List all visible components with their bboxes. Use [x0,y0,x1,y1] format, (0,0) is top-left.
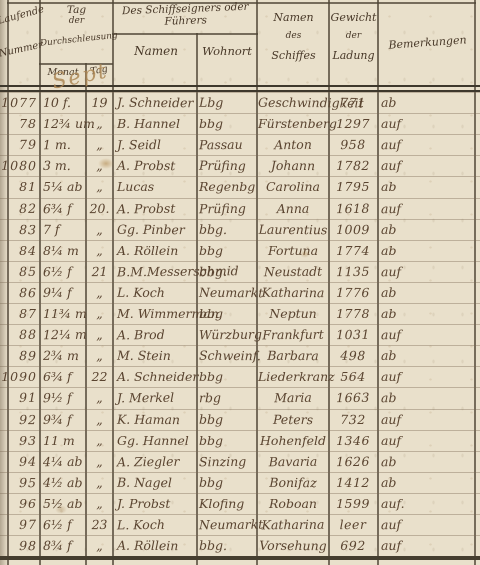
cell-gewicht: 498 [330,346,376,366]
cell-wohnort: Prüfing [199,198,255,219]
table-row: 88 12¼ m „ A. Brod Würzburg Frankfurt 10… [0,324,480,346]
cell-wohnort: Lbg [199,93,255,113]
cell-uhrzeit: 6¾ f [43,198,87,218]
header-text: Durchschleusung [40,31,114,49]
cell-schiffer-name: M. Wimmerman [117,304,195,324]
cell-uhrzeit: 7 f [43,219,87,239]
header-text: der [330,27,377,46]
cell-richtung: auf. [381,494,426,514]
cell-uhrzeit: 9½ f [43,388,87,408]
cell-laufende-nummer: 84 [0,241,37,261]
cell-schiffsname: Katharina [258,283,328,303]
column-header-wohnort: Wohnort [198,44,256,58]
cell-schiffer-name: A. Probst [117,156,195,177]
cell-wohnort: Schweinf. [199,346,255,366]
cell-schiffer-name: J. Probst [117,494,195,514]
cell-tag: 19 [87,93,112,113]
table-row: 1090 6¾ f 22 A. Schneider bbg Liederkran… [0,366,480,388]
cell-wohnort: bbg [199,241,255,261]
cell-uhrzeit: 8¼ m [43,241,87,261]
cell-schiffsname: Anna [258,198,328,219]
cell-schiffer-name: A. Röllein [117,241,195,261]
cell-schiffsname: Bonifaz [258,473,328,493]
cell-laufende-nummer: 88 [0,325,37,345]
cell-richtung: auf [381,156,426,176]
cell-wohnort: Passau [199,135,255,156]
cell-wohnort: bbg. [199,536,255,556]
table-row: 1080 3 m. „ A. Probst Prüfing Johann 178… [0,155,480,177]
table-row: 98 8¾ f „ A. Röllein bbg. Vorsehung 692 … [0,535,480,557]
cell-gewicht: 564 [330,367,376,387]
cell-laufende-nummer: 95 [0,473,37,493]
cell-schiffsname: Carolina [258,177,328,197]
cell-wohnort: bbg [199,114,255,134]
cell-schiffer-name: J. Schneider [117,93,195,114]
cell-wohnort: bbg [199,431,255,451]
table-row: 81 5¼ ab „ Lucas Regenbg Carolina 1795 a… [0,176,480,198]
cell-schiffsname: Maria [258,388,328,409]
cell-tag: „ [87,177,112,197]
cell-schiffer-name: B. Nagel [117,473,195,494]
cell-laufende-nummer: 91 [0,388,37,408]
ledger-page: Laufende Nummer Tag der Durchschleusung … [0,0,480,565]
cell-schiffer-name: Lucas [117,177,195,197]
cell-richtung: auf [381,325,426,345]
cell-schiffsname: Vorsehung [258,536,328,556]
header-text: Wohnort [198,44,256,58]
cell-richtung: ab [381,451,426,471]
cell-schiffer-name: A. Schneider [117,367,195,387]
cell-uhrzeit: 2¾ m [43,346,87,366]
cell-schiffer-name: B. Hannel [117,114,195,134]
cell-richtung: auf [381,409,426,429]
cell-laufende-nummer: 92 [0,409,37,429]
cell-schiffsname: Johann [258,156,328,176]
cell-wohnort: rbg [199,388,255,409]
cell-tag: „ [87,304,112,324]
cell-gewicht: 1135 [330,262,376,282]
cell-uhrzeit: 11¾ m [43,304,87,324]
cell-schiffer-name: J. Seidl [117,135,195,156]
cell-wohnort: Klofing [199,494,255,514]
cell-gewicht: 1297 [330,114,376,134]
cell-schiffer-name: A. Probst [117,198,195,219]
cell-schiffer-name: M. Stein [117,346,195,367]
cell-gewicht: 958 [330,135,376,155]
cell-laufende-nummer: 1090 [0,367,37,387]
cell-schiffer-name: Gg. Hannel [117,431,195,451]
cell-laufende-nummer: 86 [0,283,37,303]
cell-uhrzeit: 8¾ f [43,536,87,556]
cell-schiffsname: Peters [258,409,328,429]
cell-richtung: ab [381,283,426,303]
cell-wohnort: bbg [199,367,255,387]
cell-richtung: auf [381,262,426,282]
cell-gewicht: 1663 [330,388,376,408]
cell-schiffer-name: B.M.Messerschmid [117,261,195,282]
table-row: 84 8¼ m „ A. Röllein bbg Fortuna 1774 ab [0,240,480,262]
cell-tag: „ [87,325,112,345]
cell-schiffsname: Neptun [258,304,328,324]
cell-laufende-nummer: 78 [0,114,37,134]
cell-richtung: ab [381,219,426,239]
header-text: der [40,16,113,26]
cell-tag: „ [87,283,112,303]
cell-uhrzeit: 9¼ f [43,283,87,303]
cell-richtung: ab [381,93,426,113]
cell-gewicht: 1626 [330,451,376,471]
cell-tag: 22 [87,367,112,387]
cell-schiffsname: Laurentius [258,219,328,239]
cell-richtung: ab [381,473,426,493]
cell-richtung: auf [381,515,426,535]
cell-laufende-nummer: 83 [0,219,37,239]
table-row: 97 6½ f 23 L. Koch Neumarkt Katharina le… [0,514,480,536]
cell-gewicht: 1009 [330,219,376,239]
cell-tag: 21 [87,262,112,282]
cell-uhrzeit: 4½ ab [43,473,87,493]
cell-uhrzeit: 5½ ab [43,494,87,514]
cell-tag: „ [87,409,112,429]
cell-schiffsname: Neustadt [258,261,328,282]
table-row: 87 11¾ m „ M. Wimmerman bbg Neptun 1778 … [0,303,480,325]
header-text: Ladung [330,46,377,65]
cell-gewicht: 771 [330,93,376,113]
cell-tag: „ [87,346,112,366]
cell-wohnort: Sinzing [199,451,255,472]
header-text: Bemerkungen [378,33,478,53]
table-row: 92 9¾ f „ K. Haman bbg Peters 732 auf [0,409,480,431]
cell-uhrzeit: 6½ f [43,515,87,535]
cell-laufende-nummer: 94 [0,451,37,471]
header-text: Schiffes [258,46,329,65]
cell-laufende-nummer: 93 [0,431,37,451]
cell-schiffer-name: L. Koch [117,515,195,536]
cell-richtung: ab [381,346,426,366]
cell-schiffer-name: A. Röllein [117,536,195,557]
column-header-namen: Namen [117,44,195,58]
header-text: des [258,27,329,46]
table-row: 91 9½ f „ J. Merkel rbg Maria 1663 ab [0,387,480,409]
cell-uhrzeit: 10 f. [43,93,87,113]
cell-tag: „ [87,431,112,451]
cell-schiffsname: Bavaria [258,451,328,472]
cell-richtung: ab [381,388,426,408]
cell-laufende-nummer: 96 [0,494,37,514]
column-header-gewicht: Gewicht der Ladung [330,8,377,65]
header-text: Namen [258,8,329,27]
table-row: 83 7 f „ Gg. Pinber bbg. Laurentius 1009… [0,219,480,241]
cell-laufende-nummer: 98 [0,536,37,556]
cell-tag: „ [87,220,112,240]
cell-tag: „ [87,536,112,556]
cell-uhrzeit: 6¾ f [43,367,87,387]
table-row: 96 5½ ab „ J. Probst Klofing Roboan 1599… [0,493,480,515]
cell-schiffer-name: Gg. Pinber [117,219,195,240]
table-row: 94 4¼ ab „ A. Ziegler Sinzing Bavaria 16… [0,451,480,473]
cell-laufende-nummer: 1080 [0,156,37,176]
table-row: 79 1 m. „ J. Seidl Passau Anton 958 auf [0,134,480,156]
cell-schiffer-name: A. Ziegler [117,451,195,472]
cell-wohnort: bbg. [199,219,255,239]
cell-laufende-nummer: 1077 [0,93,37,113]
cell-laufende-nummer: 79 [0,135,37,155]
header-text: Gewicht [330,8,377,27]
cell-gewicht: 732 [330,409,376,429]
rule-under-eigner-title [112,33,258,35]
cell-laufende-nummer: 87 [0,304,37,324]
table-row: 89 2¾ m „ M. Stein Schweinf. Barbara 498… [0,345,480,367]
cell-gewicht: 1618 [330,198,376,218]
cell-schiffsname: Roboan [258,494,328,514]
cell-gewicht: 692 [330,536,376,556]
cell-tag: „ [87,452,112,472]
cell-tag: „ [87,494,112,514]
cell-gewicht: 1031 [330,325,376,345]
cell-uhrzeit: 1 m. [43,135,87,155]
cell-schiffsname: Katharina [258,515,328,536]
cell-richtung: ab [381,177,426,197]
table-row: 86 9¼ f „ L. Koch Neumarkt Katharina 177… [0,282,480,304]
cell-uhrzeit: 12¼ m [43,325,87,345]
cell-gewicht: 1782 [330,156,376,176]
cell-uhrzeit: 9¾ f [43,409,87,429]
cell-schiffsname: Frankfurt [258,325,328,346]
cell-schiffsname: Anton [258,135,328,156]
cell-wohnort: Neumarkt [199,515,255,536]
cell-wohnort: Regenbg [199,177,255,197]
cell-tag: 20. [87,198,112,218]
cell-uhrzeit: 3 m. [43,156,87,176]
cell-wohnort: bbg [199,409,255,429]
cell-richtung: auf [381,114,426,134]
cell-gewicht: leer [330,515,376,535]
column-header-bemerkungen: Bemerkungen [378,33,478,53]
cell-tag: 23 [87,515,112,535]
table-row: 78 12¾ um „ B. Hannel bbg Fürstenberg 12… [0,113,480,135]
cell-wohnort: Würzburg [199,325,255,346]
cell-schiffsname: Barbara [258,346,328,366]
header-text: Tag [40,4,113,16]
cell-schiffsname: Liederkranz [258,367,328,387]
cell-richtung: auf [381,431,426,451]
cell-gewicht: 1795 [330,177,376,197]
cell-gewicht: 1778 [330,304,376,324]
column-header-tag-der-durchschleusung: Tag der Durchschleusung [40,4,113,45]
cell-laufende-nummer: 81 [0,177,37,197]
cell-wohnort: bbg [199,304,255,324]
cell-schiffer-name: K. Haman [117,409,195,430]
cell-tag: „ [87,135,112,155]
cell-laufende-nummer: 85 [0,262,37,282]
table-row: 93 11 m „ Gg. Hannel bbg Hohenfeld 1346 … [0,430,480,452]
cell-richtung: ab [381,304,426,324]
cell-uhrzeit: 12¾ um [43,114,87,134]
cell-richtung: auf [381,135,426,155]
cell-schiffsname: Geschwindigkeit [258,93,328,113]
cell-laufende-nummer: 82 [0,198,37,218]
table-row: 82 6¾ f 20. A. Probst Prüfing Anna 1618 … [0,198,480,220]
table-row: 1077 10 f. 19 J. Schneider Lbg Geschwind… [0,92,480,114]
cell-wohnort: bbg. [199,262,255,283]
cell-schiffer-name: A. Brod [117,325,195,346]
header-text: Namen [117,44,195,58]
cell-tag: „ [87,473,112,493]
cell-gewicht: 1774 [330,241,376,261]
cell-gewicht: 1599 [330,494,376,514]
cell-tag: „ [87,114,112,134]
cell-laufende-nummer: 97 [0,515,37,535]
cell-tag: „ [87,388,112,408]
cell-gewicht: 1412 [330,473,376,493]
cell-richtung: auf [381,536,426,556]
cell-uhrzeit: 11 m [43,431,87,451]
cell-richtung: auf [381,367,426,387]
column-header-schiffseigner: Des Schiffseigners oder Führers [113,0,259,29]
cell-uhrzeit: 4¼ ab [43,451,87,471]
cell-schiffsname: Hohenfeld [258,431,328,451]
table-row: 95 4½ ab „ B. Nagel bbg Bonifaz 1412 ab [0,472,480,494]
cell-schiffsname: Fürstenberg [258,114,328,134]
cell-gewicht: 1346 [330,431,376,451]
cell-wohnort: Prüfing [199,156,255,176]
cell-richtung: auf [381,198,426,218]
cell-laufende-nummer: 89 [0,346,37,366]
cell-schiffsname: Fortuna [258,241,328,261]
cell-uhrzeit: 5¼ ab [43,177,87,197]
cell-wohnort: Neumarkt [199,283,255,303]
cell-uhrzeit: 6½ f [43,262,87,282]
cell-wohnort: bbg [199,473,255,493]
cell-tag: „ [87,156,112,176]
cell-gewicht: 1776 [330,283,376,303]
cell-tag: „ [87,241,112,261]
cell-schiffer-name: J. Merkel [117,388,195,409]
table-row: 85 6½ f 21 B.M.Messerschmid bbg. Neustad… [0,261,480,283]
column-header-schiffsname: Namen des Schiffes [258,8,329,65]
cell-schiffer-name: L. Koch [117,283,195,304]
cell-richtung: ab [381,241,426,261]
